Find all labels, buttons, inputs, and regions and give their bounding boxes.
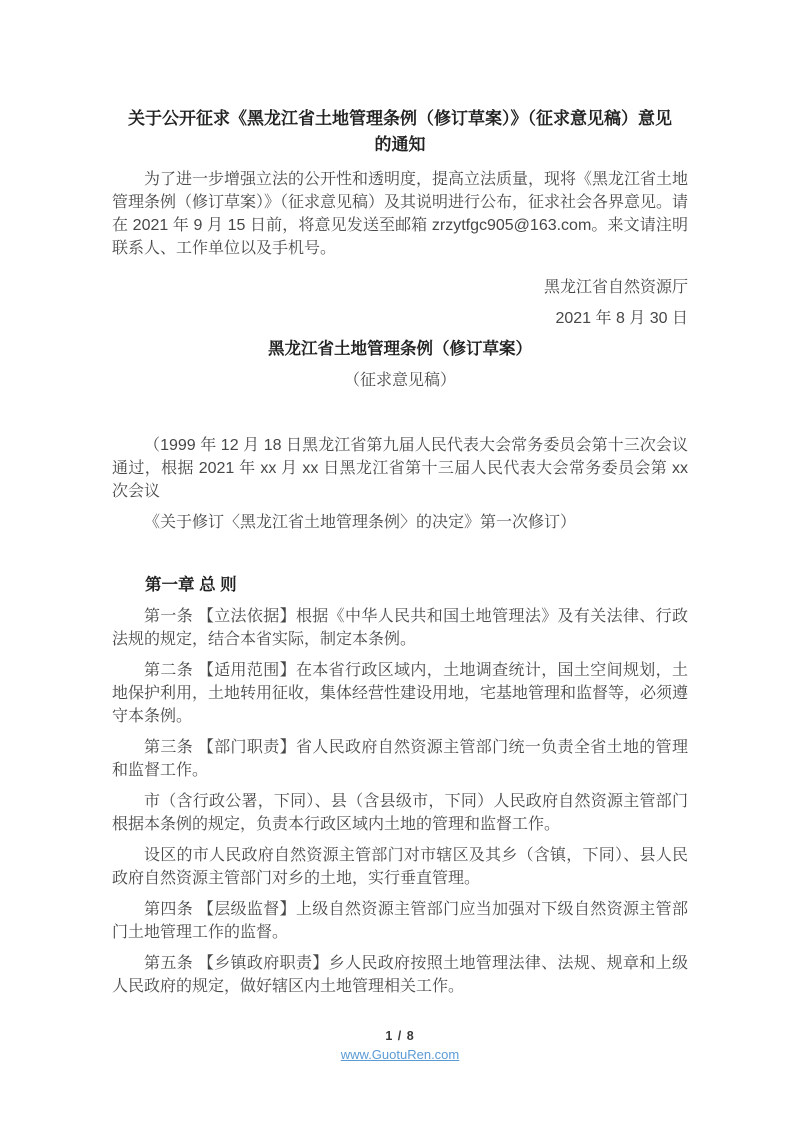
notice-title-line1: 关于公开征求《黑龙江省土地管理条例（修订草案）》（征求意见稿）意见 xyxy=(128,109,672,128)
document-page: 关于公开征求《黑龙江省土地管理条例（修订草案）》（征求意见稿）意见的通知 为了进… xyxy=(0,0,800,1132)
article-paragraph: 第三条 【部门职责】省人民政府自然资源主管部门统一负责全省土地的管理和监督工作。 xyxy=(112,736,688,782)
article-paragraph: 设区的市人民政府自然资源主管部门对市辖区及其乡（含镇，下同）、县人民政府自然资源… xyxy=(112,844,688,890)
article-paragraph: 第一条 【立法依据】根据《中华人民共和国土地管理法》及有关法律、行政法规的规定，… xyxy=(112,605,688,651)
notice-body-paragraph: 为了进一步增强立法的公开性和透明度，提高立法质量，现将《黑龙江省土地管理条例（修… xyxy=(112,168,688,260)
history-paragraph: （1999 年 12 月 18 日黑龙江省第九届人民代表大会常务委员会第十三次会… xyxy=(112,434,688,503)
page-footer: 1 / 8 www.GuotuRen.com xyxy=(0,1028,800,1064)
article-paragraph: 第五条 【乡镇政府职责】乡人民政府按照土地管理法律、法规、规章和上级人民政府的规… xyxy=(112,952,688,998)
document-content: 关于公开征求《黑龙江省土地管理条例（修订草案）》（征求意见稿）意见的通知 为了进… xyxy=(0,0,800,998)
article-paragraph: 第四条 【层级监督】上级自然资源主管部门应当加强对下级自然资源主管部门土地管理工… xyxy=(112,898,688,944)
page-number: 1 / 8 xyxy=(0,1028,800,1044)
issue-date: 2021 年 8 月 30 日 xyxy=(112,307,688,330)
notice-title: 关于公开征求《黑龙江省土地管理条例（修订草案）》（征求意见稿）意见的通知 xyxy=(112,106,688,158)
regulation-subtitle: （征求意见稿） xyxy=(112,369,688,392)
notice-title-line2: 的通知 xyxy=(375,135,426,154)
footer-link[interactable]: www.GuotuRen.com xyxy=(341,1046,460,1063)
article-paragraph: 市（含行政公署，下同）、县（含县级市，下同）人民政府自然资源主管部门根据本条例的… xyxy=(112,790,688,836)
chapter-1-heading: 第一章 总 则 xyxy=(112,574,688,597)
issuer-signature: 黑龙江省自然资源厅 xyxy=(112,276,688,299)
regulation-title: 黑龙江省土地管理条例（修订草案） xyxy=(112,338,688,361)
revision-note: 《关于修订〈黑龙江省土地管理条例〉的决定》第一次修订） xyxy=(112,511,688,534)
article-paragraph: 第二条 【适用范围】在本省行政区域内，土地调查统计，国土空间规划，土地保护利用，… xyxy=(112,659,688,728)
